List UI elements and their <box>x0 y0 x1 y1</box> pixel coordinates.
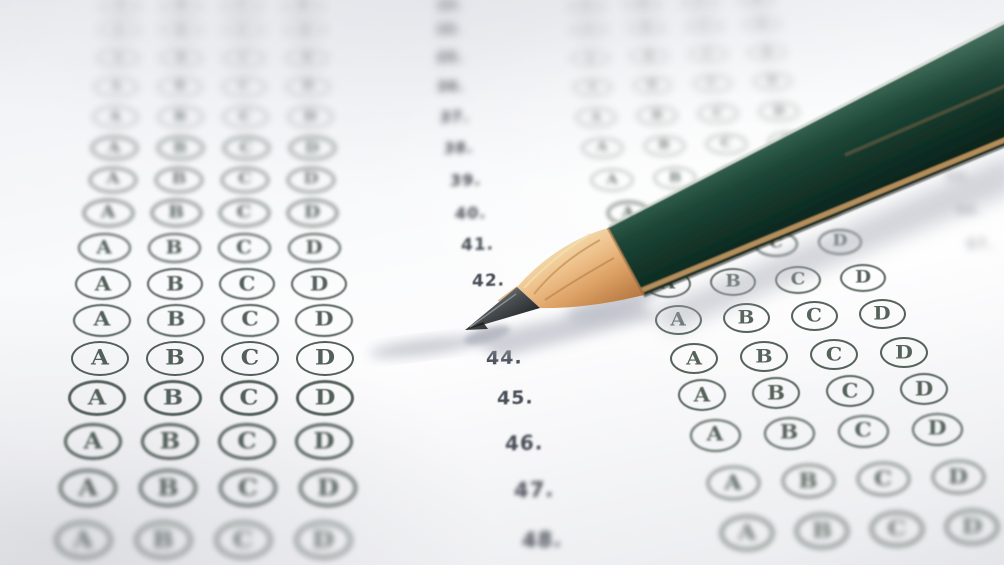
edge-number-column: 54.55.56.57. <box>0 0 1004 565</box>
edge-number-56: 56. <box>956 203 983 219</box>
edge-number-55: 55. <box>946 170 973 186</box>
edge-number-54: 54. <box>930 140 955 155</box>
edge-number-57: 57. <box>966 237 994 254</box>
answer-sheet-photo: ABCDABCDABCDABCDABCDABCDABCDABCDABCDABCD… <box>0 0 1004 565</box>
